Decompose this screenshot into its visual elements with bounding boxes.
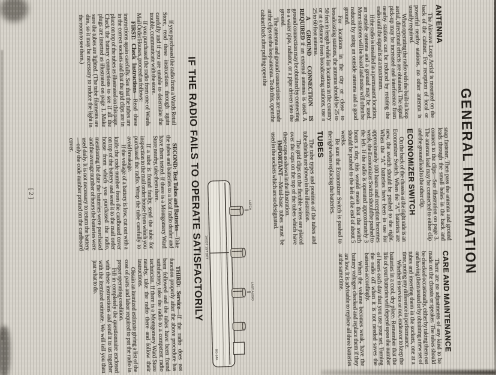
manual-page: GENERAL INFORMATION ANTENNAThe Airwave L… (0, 0, 496, 375)
paragraph: The grid clips on the flexible wires are… (282, 132, 304, 245)
paragraph: Whether in service or not, endeavor to k… (362, 252, 404, 366)
scanned-manual-screenshot: GENERAL INFORMATION ANTENNAThe Airwave L… (0, 0, 496, 375)
paragraph: If the radio is installed in a permanent… (342, 6, 377, 120)
paragraph: If a tube is found faulty, send the tube… (125, 136, 154, 250)
illustration-label-tube: 1H5GT 1ST DET (204, 235, 209, 259)
paragraph: SECOND: Test Tubes and Batteries—Take th… (151, 135, 180, 249)
paragraph: When the volume becomes weak, have the b… (336, 253, 365, 367)
section-heading: CARE AND MAINTENANCE (441, 250, 452, 363)
paragraph: The antenna and ground connections are m… (259, 9, 281, 122)
tube-1 (230, 206, 244, 215)
page-content: GENERAL INFORMATION ANTENNAThe Airwave L… (0, 0, 496, 375)
page-title: GENERAL INFORMATION (455, 0, 481, 369)
illustration-label-part-number: BG-14A (214, 349, 218, 361)
bottom-column-3: THIRD: Service—If the radio does not fun… (38, 258, 183, 375)
paragraph: snap fastener. Then pass the antenna and… (416, 127, 451, 241)
paragraph: For locations in the city or close to br… (310, 7, 345, 121)
bottom-column-2: SECOND: Test Tubes and Batteries—Take th… (35, 135, 180, 252)
paragraph: There are no adjustments of any kind to … (400, 251, 442, 365)
transformer-can (233, 342, 244, 354)
paragraph: Obtain an itemized estimate giving a lis… (116, 259, 138, 372)
illustration-label-audio: LAST AUDIO (250, 282, 255, 301)
section-heading: TUBES (316, 131, 327, 244)
paragraph: FIRST: Check Instructions—Read these ins… (77, 13, 138, 128)
paragraph: If the voltage of a battery is low, cut … (68, 136, 129, 251)
tube-2 (231, 248, 246, 257)
illustration-label-latch: LATCH (248, 200, 252, 211)
paragraph: THIRD: Service—If the radio does not fun… (135, 258, 183, 372)
paragraph: If you purchased the radio from a Wards … (147, 12, 176, 126)
tube-4 (233, 322, 246, 330)
tubes-chassis-illustration: LATCH 1H5GT 1ST DET LAST AUDIO BG-14A (202, 176, 257, 373)
paragraph: Fill in completely the questionnaire enc… (90, 260, 119, 374)
bottom-column-1: If you purchased the radio from a Wards … (31, 12, 176, 129)
paragraph: On the back of the chassis at the right … (339, 129, 406, 244)
paragraph: When operating the radio with the built-… (374, 6, 409, 120)
paragraph: A GROUND CONNECTION IS REQUIRED if an ex… (278, 8, 313, 122)
section-heading: ECONOMIZER SWITCH (405, 128, 416, 241)
top-column-1: ANTENNAThe Airwave Loop Aerial is mounte… (195, 4, 448, 124)
paragraph: The Airwave Loop Aerial is mounted on th… (406, 5, 435, 119)
section-heading: ANTENNA (434, 5, 445, 118)
tube-3 (232, 288, 246, 297)
